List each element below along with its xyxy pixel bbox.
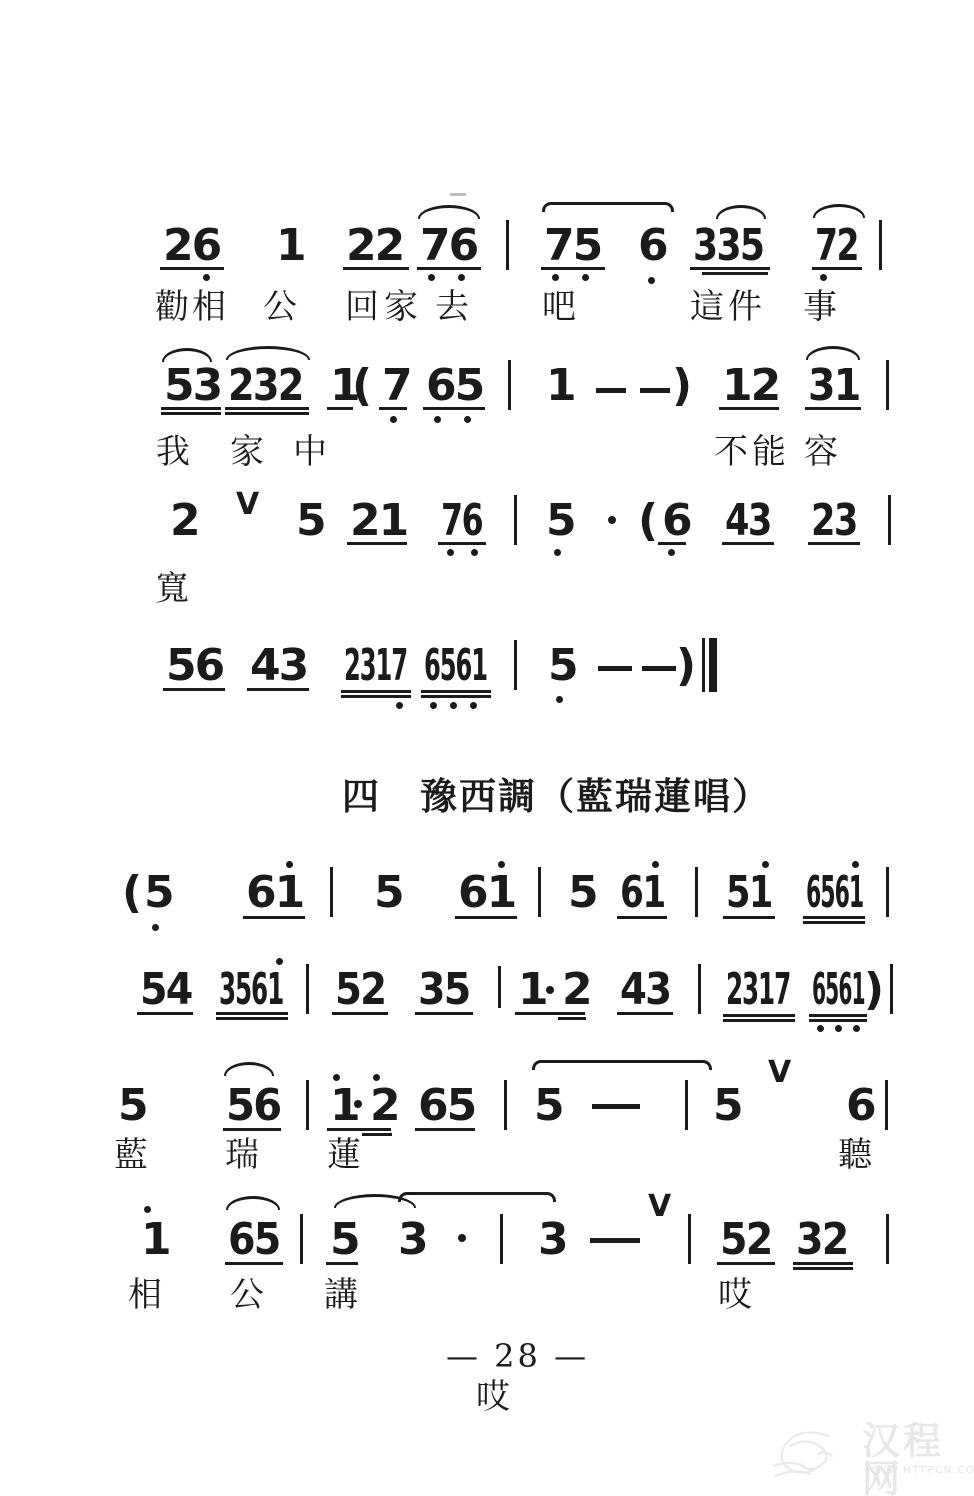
lyric-char: 公 — [263, 290, 297, 324]
octave-dot — [554, 549, 561, 556]
note-group: 3 — [398, 1218, 427, 1262]
octave-dot — [447, 549, 454, 556]
octave-dot — [470, 702, 477, 709]
octave-dot — [835, 1025, 842, 1032]
underline — [161, 412, 221, 415]
underline — [341, 690, 411, 693]
underline — [163, 688, 225, 691]
duration-dash — [590, 1238, 640, 1243]
augmentation-dot — [354, 1100, 362, 1108]
tie — [542, 202, 674, 212]
lyric-char: 勸 — [155, 290, 189, 324]
note-group: ) — [864, 968, 882, 1012]
barline — [886, 360, 889, 410]
note-group: 5 — [546, 499, 575, 543]
underline — [717, 1262, 775, 1265]
underline — [702, 272, 768, 275]
note-group: 12 — [722, 364, 779, 408]
barline — [538, 867, 541, 917]
underline — [541, 267, 605, 270]
note-group: 6 — [662, 499, 691, 543]
duration-dash — [592, 1104, 640, 1109]
note-group: 76 — [441, 499, 482, 543]
underline — [805, 407, 861, 410]
underline — [379, 407, 407, 410]
underline — [723, 1019, 795, 1022]
duration-dash — [640, 388, 670, 393]
note-group: 61 — [458, 871, 515, 915]
scan-artifact — [450, 193, 466, 196]
underline — [438, 542, 486, 545]
note-group: 52 — [335, 968, 385, 1012]
note-group: 76 — [420, 224, 477, 268]
note-group: 5 — [118, 1084, 147, 1128]
underline — [417, 267, 481, 270]
note-group: 61 — [620, 871, 665, 915]
note-group: 43 — [725, 499, 771, 543]
note-group: 56 — [166, 644, 223, 688]
barline — [306, 964, 309, 1014]
duration-dash — [642, 666, 676, 671]
underline — [423, 407, 485, 410]
note-group: 1 — [546, 364, 575, 408]
underline — [558, 1017, 586, 1020]
octave-dot — [373, 1074, 380, 1081]
barline — [685, 1080, 688, 1130]
underline — [809, 1019, 867, 1022]
lyric-char: 這 — [690, 290, 724, 324]
note-group: 3561 — [219, 968, 283, 1012]
note-group: 32 — [796, 1218, 848, 1262]
note-group: ) — [672, 364, 690, 408]
slur — [806, 346, 860, 360]
note-group: 3 — [538, 1218, 567, 1262]
barline — [879, 220, 882, 270]
octave-dot — [333, 1074, 340, 1081]
lyric-char: 講 — [324, 1278, 358, 1312]
underline — [343, 267, 409, 270]
octave-dot — [450, 702, 457, 709]
lyric-char: 哎 — [718, 1278, 752, 1312]
barline — [888, 495, 891, 545]
lyric-char: 寬 — [155, 572, 189, 606]
lyric-char: 回 — [345, 290, 379, 324]
sheet-music-page: 261227675633572勸相公回家去吧這件事532321(7651)123… — [0, 0, 974, 1496]
watermark-site-name: 汉程网 — [862, 1422, 970, 1496]
note-group: 5 — [568, 871, 597, 915]
duration-dash — [596, 388, 626, 393]
barline — [504, 1080, 507, 1130]
octave-dot — [552, 274, 559, 281]
watermark-site-url: WWW.HTTPCN.COM — [865, 1466, 974, 1476]
octave-dot — [286, 861, 293, 868]
octave-dot — [428, 274, 435, 281]
underline — [515, 1012, 585, 1015]
underline — [421, 695, 491, 698]
note-group: 6 — [638, 224, 667, 268]
underline — [421, 690, 491, 693]
augmentation-dot — [546, 986, 554, 994]
slur — [716, 205, 766, 219]
note-group: 61 — [246, 871, 303, 915]
note-group: 2317 — [726, 968, 790, 1012]
note-group: 7 — [382, 364, 411, 408]
barline — [688, 1214, 691, 1264]
slur — [226, 346, 310, 360]
octave-dot — [276, 958, 283, 965]
lyric-char: 家 — [384, 290, 418, 324]
note-group: 75 — [544, 224, 601, 268]
underline — [723, 916, 775, 919]
underline — [690, 267, 770, 270]
note-group: 6561 — [812, 968, 865, 1012]
barline — [698, 964, 701, 1014]
note-group: 23 — [811, 499, 857, 543]
underline — [137, 1012, 193, 1015]
underline — [803, 921, 865, 924]
note-group: 43 — [620, 968, 670, 1012]
note-group: 52 — [720, 1218, 772, 1262]
trailing-lyric: 哎 — [476, 1380, 510, 1414]
underline — [809, 1014, 867, 1017]
slur — [226, 1196, 280, 1210]
octave-dot — [762, 861, 769, 868]
breath-mark: V — [236, 490, 259, 520]
octave-dot — [820, 274, 827, 281]
lyric-char: 家 — [230, 435, 264, 469]
note-group: ( — [352, 364, 370, 408]
lyric-char: 相 — [192, 290, 226, 324]
lyric-char: 藍 — [114, 1138, 148, 1172]
lyric-char: 容 — [804, 435, 838, 469]
underline — [332, 1012, 388, 1015]
lyric-char: 蓮 — [327, 1138, 361, 1172]
note-group: 5 — [534, 1084, 563, 1128]
lyric-char: 能 — [752, 435, 786, 469]
underline — [327, 1128, 391, 1131]
note-group: 56 — [226, 1084, 280, 1128]
underline — [347, 542, 407, 545]
underline — [803, 916, 865, 919]
underline — [225, 1262, 283, 1265]
lyric-char: 事 — [803, 290, 837, 324]
slur — [418, 205, 480, 219]
note-group: 5 — [374, 871, 403, 915]
underline — [793, 1267, 853, 1270]
note-group: 26 — [163, 224, 220, 268]
augmentation-dot — [608, 516, 616, 524]
note-group: 6561 — [424, 644, 487, 688]
lyric-char: 中 — [293, 435, 327, 469]
tie — [532, 1060, 712, 1070]
octave-dot — [852, 861, 859, 868]
underline — [415, 1128, 475, 1131]
underline — [793, 1262, 853, 1265]
underline — [225, 412, 309, 415]
underline — [808, 542, 860, 545]
octave-dot — [582, 274, 589, 281]
lyric-char: 吧 — [542, 290, 576, 324]
note-group: 2 — [562, 968, 591, 1012]
barline — [514, 640, 517, 690]
octave-dot — [817, 1025, 824, 1032]
underline — [160, 267, 224, 270]
note-group: 65 — [228, 1218, 280, 1262]
barline — [885, 1080, 888, 1130]
note-group: 1 — [518, 968, 547, 1012]
underline — [223, 1128, 281, 1131]
octave-dot — [498, 861, 505, 868]
octave-dot — [652, 861, 659, 868]
note-group: 2317 — [344, 644, 407, 688]
octave-dot — [458, 274, 465, 281]
augmentation-dot — [458, 1234, 466, 1242]
barline — [695, 867, 698, 917]
barline — [514, 495, 517, 545]
octave-dot — [203, 274, 210, 281]
barline — [306, 1080, 309, 1130]
underline — [812, 267, 862, 270]
note-group: ) — [676, 644, 694, 688]
lyric-char: 相 — [128, 1278, 162, 1312]
octave-dot — [556, 696, 563, 703]
octave-dot — [464, 416, 471, 423]
octave-dot — [668, 549, 675, 556]
barline — [500, 1214, 503, 1264]
underline — [247, 688, 309, 691]
octave-dot — [434, 416, 441, 423]
note-group: 72 — [815, 224, 858, 268]
lyric-char: 我 — [156, 435, 190, 469]
barline — [890, 964, 893, 1014]
note-group: 31 — [808, 364, 860, 408]
underline — [341, 695, 411, 698]
note-group: 5 — [548, 644, 577, 688]
octave-dot — [396, 702, 403, 709]
lyric-char: 公 — [230, 1278, 264, 1312]
underline — [216, 1012, 288, 1015]
note-group: 65 — [418, 1084, 475, 1128]
lyric-char: 不 — [714, 435, 748, 469]
note-group: 54 — [140, 968, 192, 1012]
note-group: 6 — [846, 1084, 875, 1128]
barline — [508, 360, 511, 410]
note-group: 65 — [426, 364, 483, 408]
final-barline — [702, 638, 717, 692]
underline — [658, 542, 686, 545]
watermark: 汉程网 WWW.HTTPCN.COM — [766, 1422, 970, 1492]
octave-dot — [853, 1025, 860, 1032]
underline — [455, 916, 517, 919]
note-group: 5 — [144, 871, 173, 915]
lyric-char: 聽 — [838, 1138, 872, 1172]
underline — [326, 1262, 358, 1265]
underline — [161, 407, 221, 410]
note-group: 51 — [726, 871, 772, 915]
note-group: 2 — [370, 1084, 399, 1128]
tie — [398, 1192, 556, 1202]
note-group: 5 — [330, 1218, 359, 1262]
note-group: 6561 — [806, 871, 863, 915]
underline — [415, 1012, 473, 1015]
page-number: — 28 — — [446, 1340, 589, 1372]
underline — [327, 407, 353, 410]
note-group: 22 — [346, 224, 403, 268]
note-group: ( — [122, 871, 140, 915]
note-group: ( — [638, 499, 656, 543]
watermark-logo-icon — [766, 1424, 860, 1486]
note-group: 35 — [418, 968, 470, 1012]
underline — [362, 1133, 392, 1136]
barline — [330, 867, 333, 917]
slur — [224, 1062, 274, 1076]
section-title: 四 豫西調（藍瑞蓮唱） — [342, 778, 771, 815]
barline — [886, 1214, 889, 1264]
note-group: 21 — [350, 499, 407, 543]
note-group: 5 — [296, 499, 325, 543]
note-group: 43 — [250, 644, 307, 688]
lyric-char: 件 — [728, 290, 762, 324]
octave-dot — [471, 549, 478, 556]
duration-dash — [598, 666, 632, 671]
underline — [617, 916, 667, 919]
octave-dot — [144, 1206, 151, 1213]
lyric-char: 去 — [435, 290, 469, 324]
slur — [813, 204, 865, 218]
barline — [498, 966, 501, 1008]
note-group: 1 — [141, 1218, 170, 1262]
lyric-char: 瑞 — [225, 1138, 259, 1172]
octave-dot — [152, 924, 159, 931]
underline — [225, 407, 309, 410]
octave-dot — [390, 416, 397, 423]
barline — [886, 867, 889, 917]
underline — [216, 1017, 288, 1020]
note-group: 232 — [228, 364, 303, 408]
underline — [719, 407, 779, 410]
note-group: 5 — [713, 1084, 742, 1128]
note-group: 1 — [276, 224, 305, 268]
note-group: 53 — [164, 364, 221, 408]
barline — [506, 220, 509, 270]
underline — [722, 542, 774, 545]
octave-dot — [648, 277, 655, 284]
note-group: 335 — [693, 224, 763, 268]
underline — [243, 916, 305, 919]
octave-dot — [430, 702, 437, 709]
breath-mark: V — [648, 1192, 671, 1222]
barline — [300, 1214, 303, 1264]
breath-mark: V — [768, 1058, 791, 1088]
note-group: 2 — [170, 499, 199, 543]
underline — [617, 1012, 673, 1015]
underline — [723, 1014, 795, 1017]
